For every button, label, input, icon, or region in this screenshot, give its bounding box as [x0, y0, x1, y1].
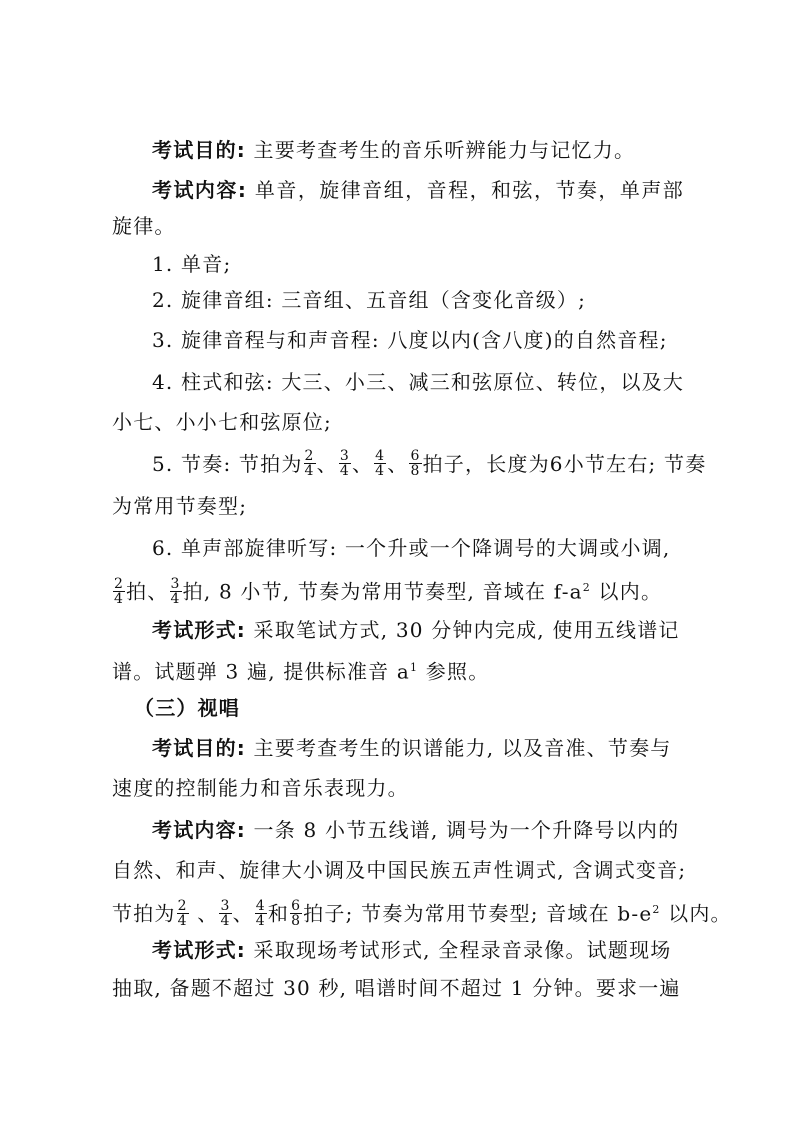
s3-form-label: 考试形式: [152, 938, 246, 962]
fraction-4-4: 44 [255, 899, 267, 928]
fraction-6-8: 68 [290, 899, 302, 928]
s3-purpose-line-1: 考试目的: 主要考查考生的识谱能力, 以及音准、节奏与 [152, 734, 671, 762]
s3-content-line-1: 考试内容: 一条 8 小节五线谱, 调号为一个升降号以内的 [152, 816, 679, 844]
s2-purpose-label: 考试目的: [152, 138, 246, 162]
s2-purpose-line: 考试目的: 主要考查考生的音乐听辨能力与记忆力。 [152, 136, 635, 164]
s2-item-3: 3. 旋律音程与和声音程: 八度以内(含八度)的自然音程; [152, 326, 668, 354]
superscript: 2 [583, 581, 591, 594]
s2-content-text-1: 单音，旋律音组，音程，和弦，节奏，单声部 [247, 178, 684, 202]
s2-content-line-2: 旋律。 [112, 212, 176, 240]
fraction-2-4: 24 [304, 449, 316, 478]
s2-content-label: 考试内容: [152, 178, 247, 202]
s2-item-4-line-1: 4. 柱式和弦: 大三、小三、减三和弦原位、转位，以及大 [152, 368, 684, 396]
s2-form-line-1: 考试形式: 采取笔试方式, 30 分钟内完成, 使用五线谱记 [152, 616, 680, 644]
s3-heading: （三）视唱 [134, 694, 240, 722]
fraction-6-8: 68 [409, 449, 421, 478]
s2-form-text-1: 采取笔试方式, 30 分钟内完成, 使用五线谱记 [246, 618, 680, 642]
s3-purpose-text-1: 主要考查考生的识谱能力, 以及音准、节奏与 [246, 736, 671, 760]
s2-item-4-line-2: 小七、小小七和弦原位; [112, 408, 332, 436]
s3-content-line-2: 自然、和声、旋律大小调及中国民族五声性调式, 含调式变音; [112, 856, 686, 884]
fraction-3-4: 34 [219, 899, 231, 928]
s3-meter-line: 节拍为24 、34、44和68拍子; 节奏为常用节奏型; 音域在 b-e2 以内… [112, 896, 732, 930]
fraction-2-4: 24 [113, 577, 125, 606]
s3-content-label: 考试内容: [152, 818, 246, 842]
s2-purpose-text: 主要考查考生的音乐听辨能力与记忆力。 [246, 138, 635, 162]
s2-item-5-line-1: 5. 节奏: 节拍为24、34、44、68拍子，长度为6小节左右; 节奏 [152, 450, 706, 480]
s3-purpose-line-2: 速度的控制能力和音乐表现力。 [112, 774, 409, 802]
s2-item-2: 2. 旋律音组: 三音组、五音组（含变化音级）; [152, 286, 586, 314]
fraction-3-4: 34 [170, 577, 182, 606]
s3-purpose-label: 考试目的: [152, 736, 246, 760]
s3-content-text-1: 一条 8 小节五线谱, 调号为一个升降号以内的 [246, 818, 679, 842]
s2-content-line-1: 考试内容: 单音，旋律音组，音程，和弦，节奏，单声部 [152, 176, 684, 204]
s2-item-6-line-1: 6. 单声部旋律听写: 一个升或一个降调号的大调或小调, [152, 534, 671, 562]
s3-form-line-2: 抽取, 备题不超过 30 秒, 唱谱时间不超过 1 分钟。要求一遍 [112, 974, 681, 1002]
s3-form-text-1: 采取现场考试形式, 全程录音录像。试题现场 [246, 938, 671, 962]
fraction-4-4: 44 [374, 449, 386, 478]
s2-item-5-suffix: 拍子，长度为6小节左右; 节奏 [423, 452, 707, 476]
fraction-3-4: 34 [339, 449, 351, 478]
s2-item-1: 1. 单音; [152, 250, 231, 278]
superscript: 2 [652, 903, 660, 916]
s2-item-5-prefix: 5. 节奏: 节拍为 [152, 452, 303, 476]
s2-item-6-line-2: 24拍、34拍, 8 小节, 节奏为常用节奏型, 音域在 f-a2 以内。 [112, 574, 662, 608]
s2-form-label: 考试形式: [152, 618, 246, 642]
fraction-2-4: 24 [177, 899, 189, 928]
s2-item-5-line-2: 为常用节奏型; [112, 492, 247, 520]
s2-form-line-2: 谱。试题弹 3 遍, 提供标准音 a1 参照。 [112, 654, 489, 686]
s3-form-line-1: 考试形式: 采取现场考试形式, 全程录音录像。试题现场 [152, 936, 671, 964]
